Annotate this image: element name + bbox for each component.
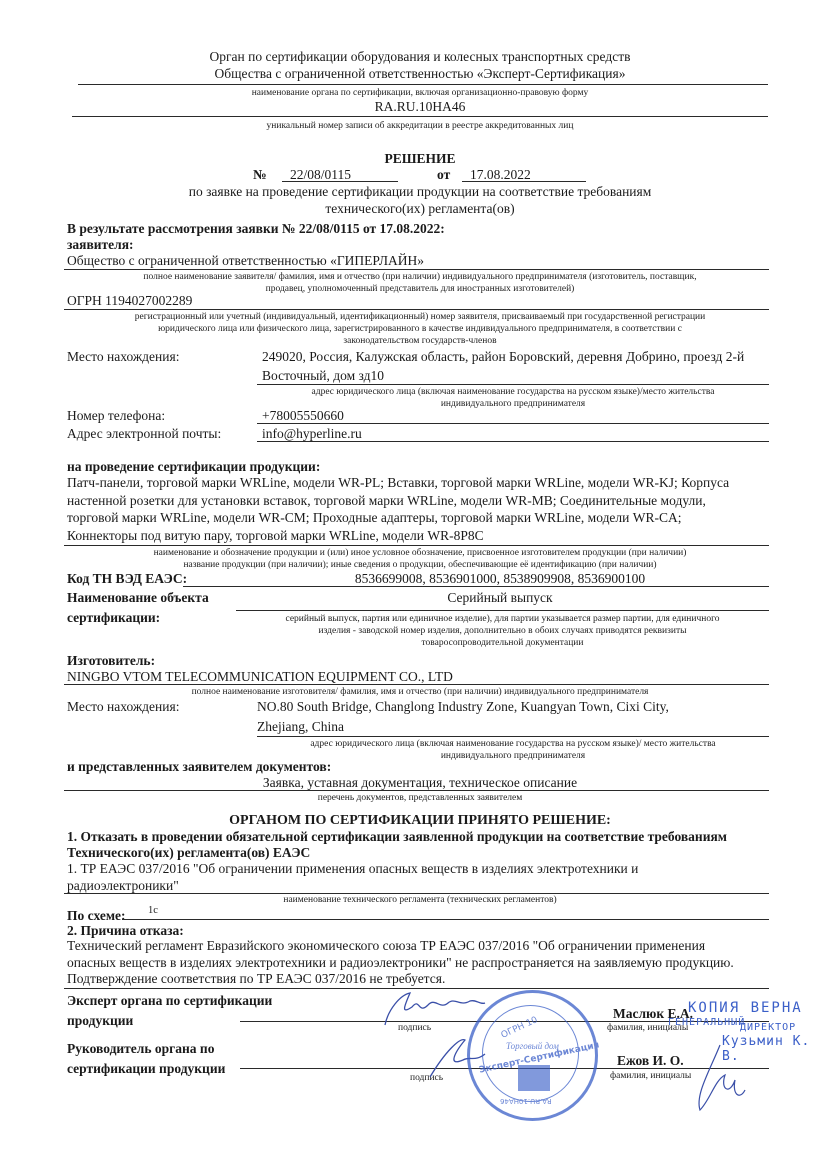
issuer-org-line2: Общества с ограниченной ответственностью… [60, 65, 780, 82]
expert-signature-icon [380, 985, 490, 1030]
address-line: Восточный, дом зд10 [262, 367, 782, 384]
product-line: Коннекторы под витую пару, торговой марк… [67, 527, 777, 545]
seal-icon: ОГРН 10 Торговый дом Эксперт-Сертификаци… [467, 990, 598, 1121]
email-value: info@hyperline.ru [262, 425, 362, 442]
divider [257, 384, 769, 385]
resolution-item1-cont: Технического(их) регламента(ов) ЕАЭС [67, 844, 310, 861]
divider [78, 84, 768, 85]
certified-copy-name: Кузьмин К. В. [722, 1034, 823, 1064]
divider [64, 269, 769, 270]
reason-line: опасных веществ в изделиях электротехник… [67, 955, 787, 972]
address-line: Zhejiang, China [257, 718, 777, 735]
manufacturer-name: NINGBO VTOM TELECOMMUNICATION EQUIPMENT … [67, 668, 453, 685]
caption-line: товаросопроводительной документации [236, 637, 769, 649]
regulation-line1: 1. ТР ЕАЭС 037/2016 "Об ограничении прим… [67, 860, 638, 877]
applicant-location: 249020, Россия, Калужская область, район… [262, 348, 782, 384]
caption-line: индивидуального предпринимателя [257, 750, 769, 762]
applicant-label: заявителя: [67, 236, 134, 253]
caption-line: законодательством государств-членов [60, 335, 780, 347]
date-label: от [437, 166, 450, 183]
manufacturer-location: NO.80 South Bridge, Changlong Industry Z… [257, 698, 777, 735]
documents-heading: и представленных заявителем документов: [67, 758, 331, 775]
regulation-line2: радиоэлектроники" [67, 877, 179, 894]
tn-ved-label: Код ТН ВЭД ЕАЭС: [67, 570, 187, 587]
object-label-line: сертификации: [67, 609, 209, 626]
head-label: Руководитель органа по сертификации прод… [67, 1040, 225, 1077]
divider [72, 116, 768, 117]
reason-line: Технический регламент Евразийского эконо… [67, 938, 787, 955]
caption-line: полное наименование заявителя/ фамилия, … [60, 271, 780, 283]
caption-line: наименование и обозначение продукции и (… [60, 547, 780, 559]
phone-label: Номер телефона: [67, 407, 165, 424]
product-line: торговой марки WRLine, модели WR-CM; Про… [67, 509, 777, 527]
refusal-reason: Технический регламент Евразийского эконо… [67, 938, 787, 988]
head-name: Ежов И. О. [617, 1052, 684, 1069]
number-label: № [253, 166, 267, 183]
accreditation-caption: уникальный номер записи об аккредитации … [60, 120, 780, 132]
divider [64, 684, 769, 685]
certified-copy-stamp: КОПИЯ ВЕРНА [688, 1000, 803, 1016]
divider [64, 790, 769, 791]
applicant-name: Общество с ограниченной ответственностью… [67, 252, 424, 269]
caption-line: регистрационный или учетный (индивидуаль… [60, 311, 780, 323]
divider [122, 919, 769, 920]
certified-copy-position: ДИРЕКТОР [740, 1022, 796, 1033]
label-line: Руководитель органа по [67, 1040, 225, 1057]
subtitle-line2: технического(их) регламента(ов) [60, 200, 780, 217]
object-value: Серийный выпуск [230, 589, 770, 606]
caption-line: серийный выпуск, партия или единичное из… [236, 613, 769, 625]
divider [64, 309, 769, 310]
address-line: 249020, Россия, Калужская область, район… [262, 348, 782, 365]
seal-reg: RA.RU.10НА46 [500, 1097, 552, 1105]
manufacturer-location-label: Место нахождения: [67, 698, 179, 715]
number-underline [282, 181, 398, 182]
product-description: Патч-панели, торговой марки WRLine, моде… [67, 474, 777, 544]
address-line: NO.80 South Bridge, Changlong Industry Z… [257, 698, 777, 715]
divider [64, 545, 769, 546]
caption-line: адрес юридического лица (включая наимено… [257, 386, 769, 398]
subtitle-line1: по заявке на проведение сертификации про… [60, 183, 780, 200]
date-underline [462, 181, 586, 182]
product-line: Патч-панели, торговой марки WRLine, моде… [67, 474, 777, 492]
product-heading: на проведение сертификации продукции: [67, 458, 320, 475]
divider [257, 736, 769, 737]
expert-label: Эксперт органа по сертификации продукции [67, 992, 272, 1029]
review-heading: В результате рассмотрения заявки № 22/08… [67, 220, 445, 237]
ogrn-caption: регистрационный или учетный (индивидуаль… [60, 311, 780, 347]
phone-value: +78005550660 [262, 407, 344, 424]
product-line: настенной розетки для установки вставок,… [67, 492, 777, 510]
certified-copy-title: ГЕНЕРАЛЬНЫЙ [668, 1017, 745, 1028]
label-line: сертификации продукции [67, 1060, 225, 1077]
accreditation-number: RA.RU.10НА46 [60, 98, 780, 115]
email-label: Адрес электронной почты: [67, 425, 221, 442]
caption-line: изделия - заводской номер изделия, допол… [236, 625, 769, 637]
decision-title: РЕШЕНИЕ [60, 150, 780, 167]
object-label: Наименование объекта сертификации: [67, 589, 209, 626]
seal-logo-icon [518, 1065, 550, 1091]
divider [183, 586, 769, 587]
scheme-value: 1с [148, 905, 158, 916]
divider [257, 441, 769, 442]
object-caption: серийный выпуск, партия или единичное из… [236, 613, 769, 649]
applicant-location-label: Место нахождения: [67, 348, 179, 365]
caption-line: юридического лица или физического лица, … [60, 323, 780, 335]
documents-caption: перечень документов, представленных заяв… [60, 792, 780, 804]
label-line: Эксперт органа по сертификации [67, 992, 272, 1009]
manufacturer-caption: полное наименование изготовителя/ фамили… [60, 686, 780, 698]
refusal-reason-heading: 2. Причина отказа: [67, 922, 184, 939]
applicant-ogrn: ОГРН 1194027002289 [67, 292, 192, 309]
manufacturer-location-caption: адрес юридического лица (включая наимено… [257, 738, 769, 762]
issuer-org-name: Орган по сертификации оборудования и кол… [60, 48, 780, 82]
tn-ved-codes: 8536699008, 8536901000, 8538909908, 8536… [230, 570, 770, 587]
divider [236, 610, 769, 611]
regulation-caption: наименование технического регламента (те… [60, 894, 780, 906]
documents-value: Заявка, уставная документация, техническ… [60, 774, 780, 791]
caption-line: адрес юридического лица (включая наимено… [257, 738, 769, 750]
resolution-heading: ОРГАНОМ ПО СЕРТИФИКАЦИИ ПРИНЯТО РЕШЕНИЕ: [60, 812, 780, 829]
divider [257, 423, 769, 424]
object-label-line: Наименование объекта [67, 589, 209, 606]
product-caption: наименование и обозначение продукции и (… [60, 547, 780, 571]
issuer-org-line1: Орган по сертификации оборудования и кол… [60, 48, 780, 65]
decision-subtitle: по заявке на проведение сертификации про… [60, 183, 780, 217]
resolution-item1: 1. Отказать в проведении обязательной се… [67, 828, 727, 845]
manufacturer-label: Изготовитель: [67, 652, 155, 669]
